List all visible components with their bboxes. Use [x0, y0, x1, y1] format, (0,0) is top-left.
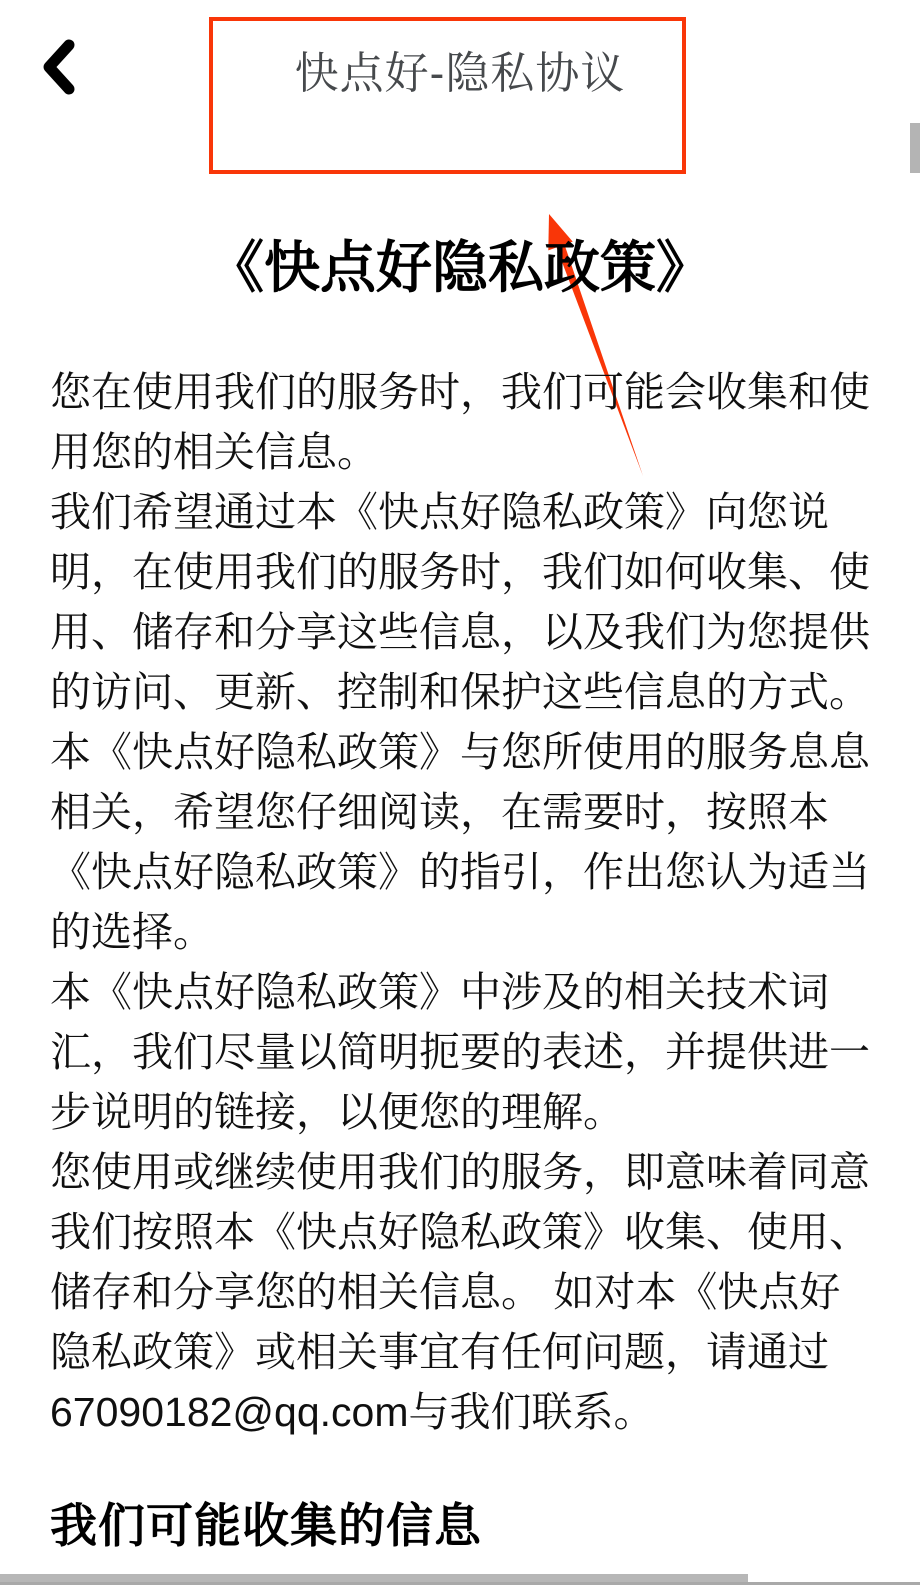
policy-text-line: 本《快点好隐私政策》与您所使用的服务息息 — [50, 722, 885, 782]
policy-text-line: 用、储存和分享这些信息，以及我们为您提供 — [50, 602, 885, 662]
vertical-scrollbar-thumb[interactable] — [910, 123, 920, 173]
policy-text-line: 我们按照本《快点好隐私政策》收集、使用、 — [50, 1202, 885, 1262]
nav-title: 快点好-隐私协议 — [0, 46, 920, 102]
policy-text-line: 我们希望通过本《快点好隐私政策》向您说 — [50, 482, 885, 542]
policy-text-line: 明，在使用我们的服务时，我们如何收集、使 — [50, 542, 885, 602]
policy-text-line: 用您的相关信息。 — [50, 422, 885, 482]
page-title: 《快点好隐私政策》 — [0, 226, 920, 310]
policy-text-line: 汇，我们尽量以简明扼要的表述，并提供进一 — [50, 1022, 885, 1082]
policy-text-line: 67090182@qq.com与我们联系。 — [50, 1382, 885, 1442]
policy-text-line: 步说明的链接，以便您的理解。 — [50, 1082, 885, 1142]
policy-text-line: 相关，希望您仔细阅读，在需要时，按照本 — [50, 782, 885, 842]
section-heading: 我们可能收集的信息 — [50, 1496, 482, 1556]
policy-text-line: 本《快点好隐私政策》中涉及的相关技术词 — [50, 962, 885, 1022]
policy-text-line: 《快点好隐私政策》的指引，作出您认为适当 — [50, 842, 885, 902]
policy-body: 您在使用我们的服务时，我们可能会收集和使用您的相关信息。我们希望通过本《快点好隐… — [0, 362, 920, 1442]
policy-text-line: 的访问、更新、控制和保护这些信息的方式。 — [50, 662, 885, 722]
policy-text-line: 的选择。 — [50, 902, 885, 962]
policy-text-line: 您使用或继续使用我们的服务，即意味着同意 — [50, 1142, 885, 1202]
policy-text-line: 隐私政策》或相关事宜有任何问题，请通过 — [50, 1322, 885, 1382]
policy-text-line: 您在使用我们的服务时，我们可能会收集和使 — [50, 362, 885, 422]
policy-text-line: 储存和分享您的相关信息。 如对本《快点好 — [50, 1262, 885, 1322]
